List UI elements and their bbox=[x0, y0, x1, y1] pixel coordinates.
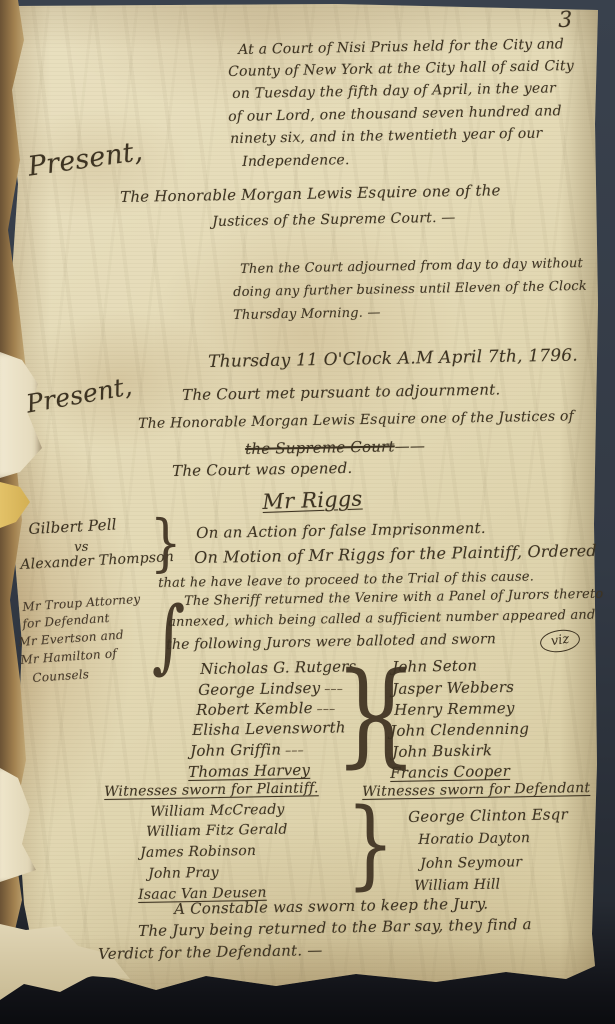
juror-name: John Seton bbox=[392, 657, 477, 676]
witness-name: James Robinson bbox=[140, 843, 256, 861]
witness-name: William Hill bbox=[414, 876, 500, 894]
juror-name: Jasper Webbers bbox=[392, 678, 514, 698]
juror-name: George Lindsey bbox=[198, 678, 343, 699]
juror-name: John Griffin bbox=[190, 740, 304, 760]
juror-name: Nicholas G. Rutgers bbox=[200, 657, 357, 678]
struck-phrase: the Supreme Court bbox=[245, 437, 395, 458]
manuscript-photo: 3 At a Court of Nisi Prius held for the … bbox=[0, 0, 615, 1024]
witness-name: William McCready bbox=[150, 802, 285, 820]
witness-brace: } bbox=[346, 796, 395, 892]
juror-name: Henry Remmey bbox=[394, 699, 515, 719]
juror-name: Francis Cooper bbox=[390, 762, 510, 782]
opening-line: Independence. bbox=[242, 152, 350, 170]
page-number: 3 bbox=[558, 8, 573, 33]
juror-name: Robert Kemble bbox=[196, 699, 335, 719]
struck-text: the Supreme Court—— bbox=[245, 437, 425, 458]
witness-name: John Pray bbox=[148, 865, 219, 882]
case-heading: Mr Riggs bbox=[262, 487, 363, 514]
juror-name: Thomas Harvey bbox=[188, 761, 310, 781]
juror-name: John Clendenning bbox=[390, 720, 529, 740]
adjournment-line: Thursday Morning. — bbox=[233, 305, 381, 323]
court-opened-line: The Court was opened. bbox=[172, 459, 353, 480]
case-brace: } bbox=[150, 512, 182, 574]
juror-name: John Buskirk bbox=[392, 741, 492, 761]
witness-name: William Fitz Gerald bbox=[146, 822, 288, 840]
witness-name: John Seymour bbox=[420, 854, 522, 872]
strike-dash: —— bbox=[395, 437, 426, 456]
witness-name: George Clinton Esqr bbox=[408, 805, 568, 826]
witness-name: Horatio Dayton bbox=[418, 830, 530, 848]
juror-name: Elisha Levensworth bbox=[192, 718, 346, 739]
